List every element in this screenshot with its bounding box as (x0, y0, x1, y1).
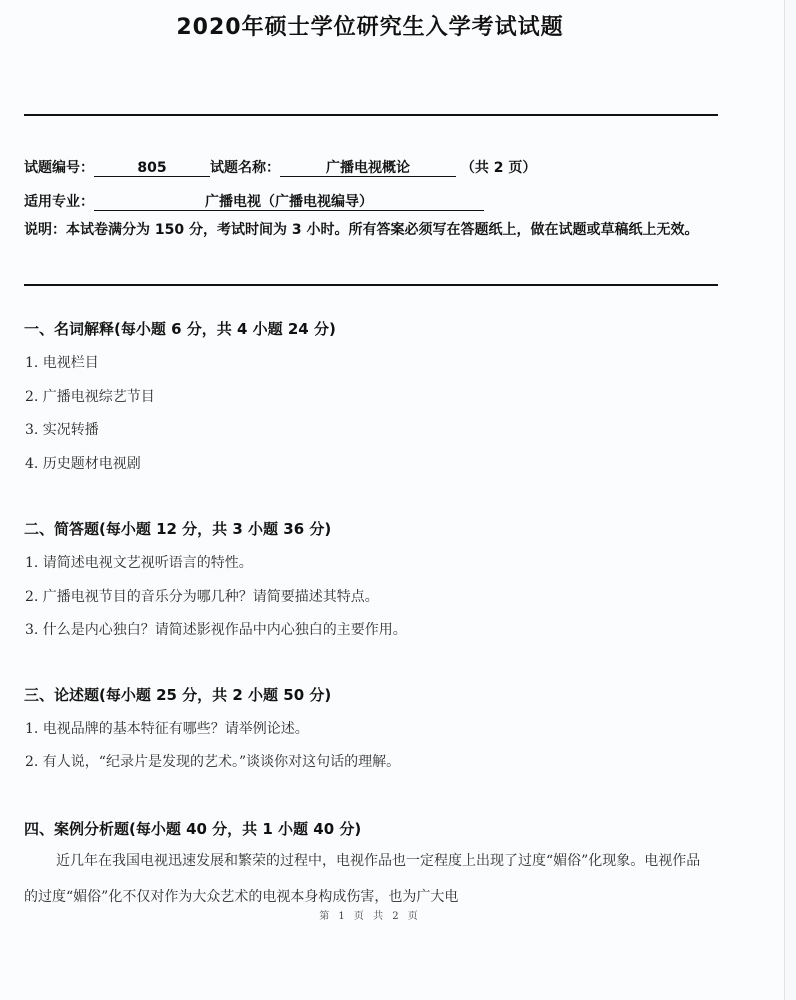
question-item: 3. 什么是内心独白？请简述影视作品中内心独白的主要作用。 (25, 619, 407, 639)
question-item: 1. 电视品牌的基本特征有哪些？请举例论述。 (25, 718, 309, 738)
section-heading: 二、简答题(每小题 12 分，共 3 小题 36 分) (24, 518, 331, 539)
case-paragraph: 近几年在我国电视迅速发展和繁荣的过程中，电视作品也一定程度上出现了过度“媚俗”化… (24, 843, 714, 915)
major-value: 广播电视（广播电视编导） (94, 194, 484, 211)
exam-instructions: 说明：本试卷满分为 150 分，考试时间为 3 小时。所有答案必须写在答题纸上，… (24, 218, 724, 242)
page-footer: 第 1 页 共 2 页 (0, 907, 740, 922)
exam-code-label: 试题编号： (24, 160, 94, 176)
exam-code-value: 805 (94, 160, 210, 177)
section-heading: 三、论述题(每小题 25 分，共 2 小题 50 分) (24, 684, 331, 705)
exam-meta-row: 试题编号：805试题名称：广播电视概论 （共 2 页） (24, 157, 536, 177)
question-item: 2. 广播电视综艺节目 (25, 386, 155, 406)
question-item: 2. 广播电视节目的音乐分为哪几种？请简要描述其特点。 (25, 586, 379, 606)
document-title: 2020年硕士学位研究生入学考试试题 (0, 10, 740, 41)
exam-name-label: 试题名称： (210, 160, 280, 176)
major-label: 适用专业： (24, 194, 94, 210)
question-item: 1. 电视栏目 (25, 352, 99, 372)
section-heading: 一、名词解释(每小题 6 分，共 4 小题 24 分) (24, 318, 336, 339)
exam-page: 2020年硕士学位研究生入学考试试题 试题编号：805试题名称：广播电视概论 （… (0, 0, 785, 1000)
section-heading: 四、案例分析题(每小题 40 分，共 1 小题 40 分) (24, 818, 361, 839)
exam-major-row: 适用专业：广播电视（广播电视编导） (24, 191, 484, 211)
question-item: 1. 请简述电视文艺视听语言的特性。 (25, 552, 253, 572)
divider-bottom (24, 284, 718, 286)
question-item: 2. 有人说，“纪录片是发现的艺术。”谈谈你对这句话的理解。 (25, 751, 400, 771)
question-item: 3. 实况转播 (25, 419, 99, 439)
page-count-note: （共 2 页） (461, 160, 537, 176)
question-item: 4. 历史题材电视剧 (25, 453, 141, 473)
divider-top (24, 114, 718, 116)
exam-name-value: 广播电视概论 (280, 160, 456, 177)
